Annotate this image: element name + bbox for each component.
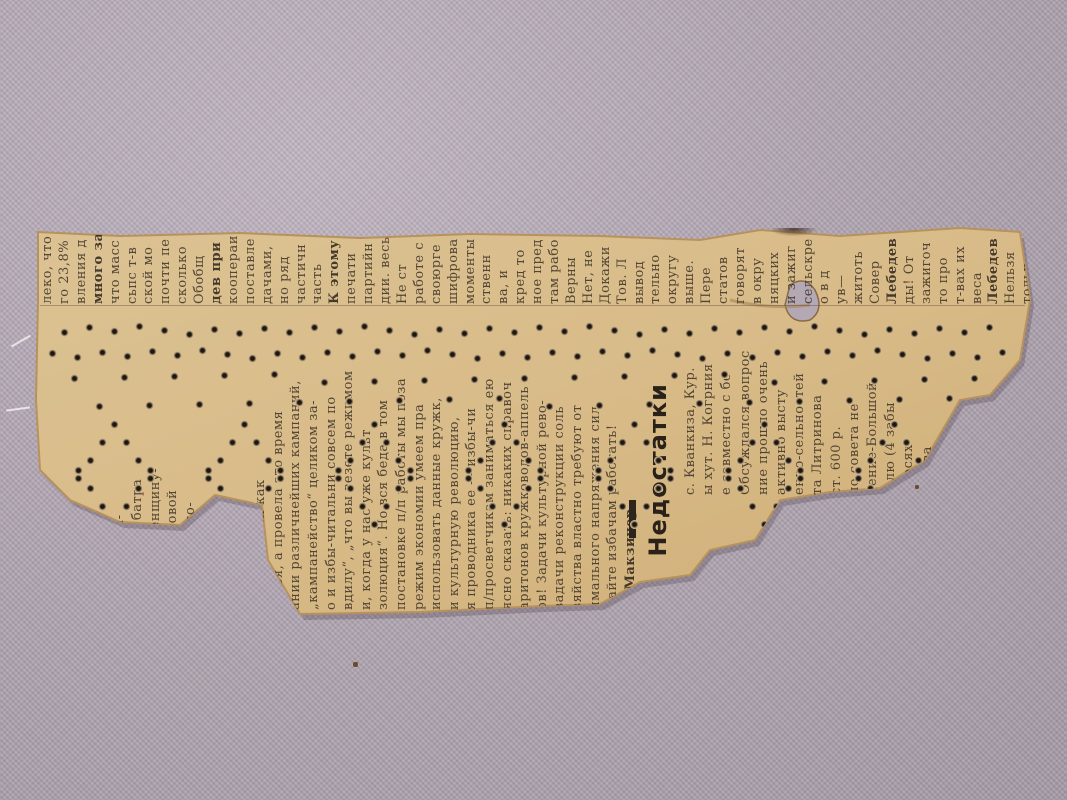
perforation-hole: [873, 346, 882, 355]
upper-column-text: выше.: [682, 238, 698, 304]
upper-column-text: то про: [936, 238, 952, 304]
perforation-hole: [810, 322, 819, 331]
upper-column-text: Пере: [699, 238, 715, 304]
upper-column-text: зажигоч: [919, 238, 935, 304]
upper-column-text: Верны: [564, 238, 580, 304]
perforation-hole: [74, 474, 83, 483]
upper-column-text: тельно: [648, 238, 664, 304]
perforation-hole: [695, 399, 704, 408]
perforation-hole: [745, 398, 754, 407]
perforation-hole: [735, 328, 744, 337]
upper-column-text: почти пе: [158, 238, 174, 304]
perforation-hole: [866, 456, 875, 465]
perforation-hole: [410, 330, 419, 339]
upper-column-text: Не ст: [395, 238, 411, 304]
upper-column-text: Нет, не: [581, 238, 597, 304]
upper-column-text: ув—: [834, 238, 850, 304]
perforation-hole: [385, 326, 394, 335]
upper-column-text: го 23,8%: [57, 238, 73, 304]
lower-column-text: аритонов кружководов-аппель: [517, 385, 533, 610]
perforation-hole: [748, 438, 757, 447]
upper-column-text: Нельзя: [1003, 238, 1019, 304]
perforation-hole: [598, 347, 607, 356]
perforation-hole: [216, 456, 225, 465]
perforation-hole: [898, 350, 907, 359]
perforation-hole: [346, 456, 355, 465]
perforation-hole: [720, 370, 729, 379]
upper-column-text: что масс: [108, 238, 124, 304]
perforation-hole: [270, 370, 279, 379]
perforation-hole: [74, 466, 83, 475]
perforation-hole: [423, 346, 432, 355]
perforation-hole: [523, 353, 532, 362]
lower-column-text: я проводника ее — избы-чи: [464, 385, 480, 610]
perforation-hole: [435, 325, 444, 334]
lower-column-text: режим экономии умеем пра: [412, 385, 428, 610]
perforation-hole: [973, 353, 982, 362]
upper-column-text: шифрова: [446, 238, 462, 304]
lower-column-text: вдилу“, „что вы везете режимом: [341, 385, 357, 610]
perforation-hole: [98, 438, 107, 447]
perforation-hole: [223, 350, 232, 359]
lower-column-text: Дайте избачам работать!: [605, 385, 621, 610]
perforation-hole: [902, 438, 911, 447]
perforation-hole: [335, 327, 344, 336]
perforation-hole: [295, 398, 304, 407]
perforation-hole: [48, 349, 57, 358]
perforation-hole: [760, 323, 769, 332]
upper-column-text: сельскре: [801, 238, 817, 304]
upper-column-text: вления д: [74, 238, 90, 304]
perforation-hole: [820, 377, 829, 386]
perforation-hole: [395, 396, 404, 405]
upper-column-text: ва, и: [496, 238, 512, 304]
upper-column-text: но ряд: [277, 238, 293, 304]
perforation-hole: [784, 456, 793, 465]
perforation-hole: [60, 328, 69, 337]
perforation-hole: [698, 354, 707, 363]
upper-column-text: Лебедев: [885, 238, 901, 304]
perforation-hole: [310, 323, 319, 332]
perforation-hole: [642, 502, 651, 511]
perforation-hole: [960, 328, 969, 337]
perforation-hole: [122, 438, 131, 447]
perforation-hole: [606, 456, 615, 465]
perforation-hole: [666, 474, 675, 483]
upper-column-text: сколько: [175, 238, 191, 304]
perforation-hole: [784, 484, 793, 493]
perforation-hole: [648, 346, 657, 355]
lower-column-text: постановке п/п работы мы поза: [394, 385, 410, 610]
upper-column-text: моменты: [463, 238, 479, 304]
perforation-hole: [823, 347, 832, 356]
perforation-hole: [895, 395, 904, 404]
perforation-hole: [524, 456, 533, 465]
perforation-hole: [620, 372, 629, 381]
perforation-hole: [536, 474, 545, 483]
perforation-hole: [545, 402, 554, 411]
perforation-hole: [512, 438, 521, 447]
perforation-hole: [120, 373, 129, 382]
perforation-hole: [512, 502, 521, 511]
perforation-hole: [798, 352, 807, 361]
perforation-hole: [334, 474, 343, 483]
perforation-hole: [796, 466, 805, 475]
perforation-hole: [86, 456, 95, 465]
perforation-hole: [485, 324, 494, 333]
upper-column-text: дии. весь: [378, 238, 394, 304]
perforation-hole: [358, 502, 367, 511]
perforation-hole: [570, 373, 579, 382]
perforation-hole: [146, 474, 155, 483]
perforation-hole: [785, 327, 794, 336]
perforation-hole: [348, 352, 357, 361]
perforation-hole: [723, 349, 732, 358]
perforation-hole: [773, 348, 782, 357]
perforation-hole: [476, 456, 485, 465]
perforation-hole: [630, 420, 639, 429]
upper-column-text: коопераи: [226, 238, 242, 304]
perforation-hole: [654, 484, 663, 493]
perforation-hole: [796, 474, 805, 483]
perforation-hole: [623, 351, 632, 360]
upper-column-text: леко, что: [40, 238, 56, 304]
perforation-hole: [736, 484, 745, 493]
perforation-hole: [618, 502, 627, 511]
lower-column-text: и, когда у нас уже культ: [359, 385, 375, 610]
perforation-hole: [520, 374, 529, 383]
perforation-hole: [635, 330, 644, 339]
perforation-hole: [630, 520, 639, 529]
perforation-hole: [948, 349, 957, 358]
perforation-hole: [264, 484, 273, 493]
upper-column-text: няцких: [767, 238, 783, 304]
perforation-hole: [198, 346, 207, 355]
upper-column-text: поставле: [243, 238, 259, 304]
perforation-hole: [970, 374, 979, 383]
perforation-hole: [70, 374, 79, 383]
perforation-hole: [170, 372, 179, 381]
perforation-hole: [945, 394, 954, 403]
perforation-hole: [510, 328, 519, 337]
headline-dash: [629, 500, 636, 538]
perforation-hole: [260, 324, 269, 333]
perforation-hole: [724, 474, 733, 483]
perforation-hole: [835, 326, 844, 335]
perforation-hole: [448, 350, 457, 359]
perforation-hole: [464, 474, 473, 483]
perforation-hole: [235, 329, 244, 338]
perforation-hole: [870, 376, 879, 385]
perforation-hole: [795, 397, 804, 406]
upper-column-text: своюрге: [429, 238, 445, 304]
perforation-hole: [85, 323, 94, 332]
perforation-hole: [500, 420, 509, 429]
perforation-hole: [673, 350, 682, 359]
perforation-hole: [536, 466, 545, 475]
perforation-hole: [473, 354, 482, 363]
lower-column-text: ясно сказать: никаких справоч: [500, 385, 516, 610]
perforation-hole: [276, 474, 285, 483]
perforation-hole: [345, 397, 354, 406]
perforation-hole: [560, 327, 569, 336]
right-column-text: ние прошло очень: [756, 385, 772, 495]
perforation-hole: [373, 347, 382, 356]
upper-column-text: Тов. Л: [615, 238, 631, 304]
perforation-hole: [845, 396, 854, 405]
perforation-hole: [98, 502, 107, 511]
perforation-hole: [370, 420, 379, 429]
perforation-hole: [382, 502, 391, 511]
perforation-hole: [216, 484, 225, 493]
perforation-hole: [146, 466, 155, 475]
perforation-hole: [382, 438, 391, 447]
perforation-hole: [595, 401, 604, 410]
perforation-hole: [710, 324, 719, 333]
lower-column-text: задачи реконструкции соль: [552, 385, 568, 610]
perforation-hole: [854, 466, 863, 475]
perforation-hole: [606, 484, 615, 493]
perforation-hole: [264, 456, 273, 465]
upper-column-text: работе с: [412, 238, 428, 304]
upper-column-text: печати: [344, 238, 360, 304]
upper-column-text: кред то: [513, 238, 529, 304]
lower-column-text: „кампанейство“ целиком за-: [306, 385, 322, 610]
perforation-hole: [890, 420, 899, 429]
perforation-hole: [585, 322, 594, 331]
perforation-hole: [535, 323, 544, 332]
perforation-hole: [73, 353, 82, 362]
perforation-hole: [445, 395, 454, 404]
perforation-hole: [854, 474, 863, 483]
perforation-hole: [666, 466, 675, 475]
perforation-hole: [470, 375, 479, 384]
perforation-hole: [122, 502, 131, 511]
perforation-hole: [285, 328, 294, 337]
perforation-hole: [346, 484, 355, 493]
upper-column-text: и зажиг: [784, 238, 800, 304]
perforation-hole: [110, 420, 119, 429]
perforation-hole: [323, 348, 332, 357]
perforation-hole: [298, 353, 307, 362]
perforation-hole: [498, 349, 507, 358]
perforation-hole: [358, 438, 367, 447]
perforation-hole: [548, 348, 557, 357]
upper-column-text: ное пред: [530, 238, 546, 304]
perforation-hole: [185, 330, 194, 339]
lower-column-text: о и избы-читальни совсем по: [324, 385, 340, 610]
upper-column-text: сьпс т-в: [125, 238, 141, 304]
upper-column-text: много за: [91, 238, 107, 304]
lower-column-text: использовать данные кружк,: [429, 385, 445, 610]
right-column-text: ст. 600 р.: [829, 385, 845, 495]
upper-column-text: житоть: [851, 238, 867, 304]
perforation-hole: [145, 401, 154, 410]
perforation-hole: [394, 456, 403, 465]
lower-column-text: ании различнейших кампаний,: [288, 385, 304, 610]
upper-column-text: частичн: [294, 238, 310, 304]
perforation-hole: [500, 520, 509, 529]
perforation-hole: [204, 474, 213, 483]
perforation-hole: [173, 351, 182, 360]
perforation-hole: [998, 348, 1007, 357]
upper-column-text: партийн: [361, 238, 377, 304]
perforation-hole: [98, 348, 107, 357]
upper-column-text: говорят: [733, 238, 749, 304]
perforation-hole: [134, 456, 143, 465]
perforation-hole: [95, 402, 104, 411]
perforation-hole: [210, 325, 219, 334]
perforation-hole: [736, 456, 745, 465]
perforation-hole: [748, 353, 757, 362]
perforation-hole: [276, 466, 285, 475]
perforation-hole: [748, 502, 757, 511]
perforation-hole: [920, 375, 929, 384]
upper-column-text: в окру: [750, 238, 766, 304]
upper-column-text: Лебедев: [986, 238, 1002, 304]
perforation-hole: [772, 438, 781, 447]
upper-column-text: Обобщ: [192, 238, 208, 304]
perforation-hole: [685, 329, 694, 338]
perforation-hole: [878, 438, 887, 447]
lower-column-text: золюция“. Но вся беда в том: [376, 385, 392, 610]
debris-speck: [915, 485, 919, 489]
lower-column-text: имального напряжения сил: [588, 385, 604, 610]
perforation-hole: [148, 347, 157, 356]
perforation-hole: [770, 378, 779, 387]
perforation-hole: [935, 324, 944, 333]
perforation-hole: [110, 327, 119, 336]
perforation-hole: [420, 376, 429, 385]
perforation-hole: [488, 502, 497, 511]
perforation-hole: [406, 466, 415, 475]
perforation-hole: [248, 354, 257, 363]
upper-column-text: о в д: [817, 238, 833, 304]
perforation-hole: [476, 484, 485, 493]
perforation-hole: [204, 466, 213, 475]
perforation-hole: [220, 371, 229, 380]
perforation-hole: [724, 466, 733, 475]
perforation-hole: [495, 394, 504, 403]
lower-column-text: зяйства властно требуют от: [570, 385, 586, 610]
perforation-hole: [645, 400, 654, 409]
perforation-hole: [370, 520, 379, 529]
perforation-hole: [134, 484, 143, 493]
debris-speck: [353, 662, 358, 667]
perforation-hole: [860, 330, 869, 339]
upper-column-text: там рабо: [547, 238, 563, 304]
upper-column-text: дачами,: [260, 238, 276, 304]
perforation-hole: [848, 351, 857, 360]
perforation-hole: [654, 456, 663, 465]
perforation-hole: [885, 325, 894, 334]
perforation-hole: [252, 438, 261, 447]
perforation-hole: [406, 474, 415, 483]
lower-column-text: п/просветчикам заниматься ею: [482, 385, 498, 610]
perforation-hole: [660, 325, 669, 334]
column-rule: [40, 305, 1025, 306]
perforation-hole: [86, 484, 95, 493]
perforation-hole: [160, 326, 169, 335]
perforation-hole: [618, 438, 627, 447]
perforation-hole: [464, 466, 473, 475]
upper-column-text: т-вах их: [953, 238, 969, 304]
upper-column-text: округу: [665, 238, 681, 304]
lower-column-text: Е. Макзинер.: [623, 385, 639, 610]
perforation-hole: [370, 377, 379, 386]
perforation-hole: [123, 352, 132, 361]
perforation-hole: [642, 438, 651, 447]
lower-column-text: ов! Задачи культурной рево-: [535, 385, 551, 610]
perforation-hole: [228, 438, 237, 447]
upper-column-text: ды! От: [902, 238, 918, 304]
upper-column-text: Совер: [868, 238, 884, 304]
upper-column-text: Докажи: [598, 238, 614, 304]
perforation-hole: [923, 354, 932, 363]
perforation-hole: [594, 474, 603, 483]
perforation-hole: [245, 399, 254, 408]
perforation-hole: [320, 378, 329, 387]
upper-column-text: ской мо: [141, 238, 157, 304]
upper-column-text: веса: [970, 238, 986, 304]
perforation-hole: [398, 351, 407, 360]
perforation-hole: [488, 438, 497, 447]
perforation-hole: [394, 484, 403, 493]
perforation-hole: [195, 400, 204, 409]
upper-column-text: статов: [716, 238, 732, 304]
perforation-hole: [273, 349, 282, 358]
upper-column-text: ственн: [479, 238, 495, 304]
perforation-hole: [240, 420, 249, 429]
perforation-hole: [610, 326, 619, 335]
perforation-hole: [670, 371, 679, 380]
upper-column-text: дев при: [209, 238, 225, 304]
perforation-hole: [334, 466, 343, 475]
perforation-hole: [594, 466, 603, 475]
perforation-hole: [360, 322, 369, 331]
perforation-hole: [135, 322, 144, 331]
perforation-hole: [573, 352, 582, 361]
perforation-hole: [460, 329, 469, 338]
right-column-text: та Литринова: [810, 385, 826, 495]
perforation-hole: [524, 484, 533, 493]
perforation-hole: [910, 329, 919, 338]
upper-column-text: К этому: [327, 238, 343, 304]
photo-scene: леко, чтого 23,8%вления дмного зачто мас…: [0, 0, 1067, 800]
upper-column-text: часть: [310, 238, 326, 304]
perforation-hole: [760, 420, 769, 429]
upper-column-text: вывод: [632, 238, 648, 304]
perforation-hole: [985, 323, 994, 332]
lower-column-text: и культурную революцию,: [447, 385, 463, 610]
